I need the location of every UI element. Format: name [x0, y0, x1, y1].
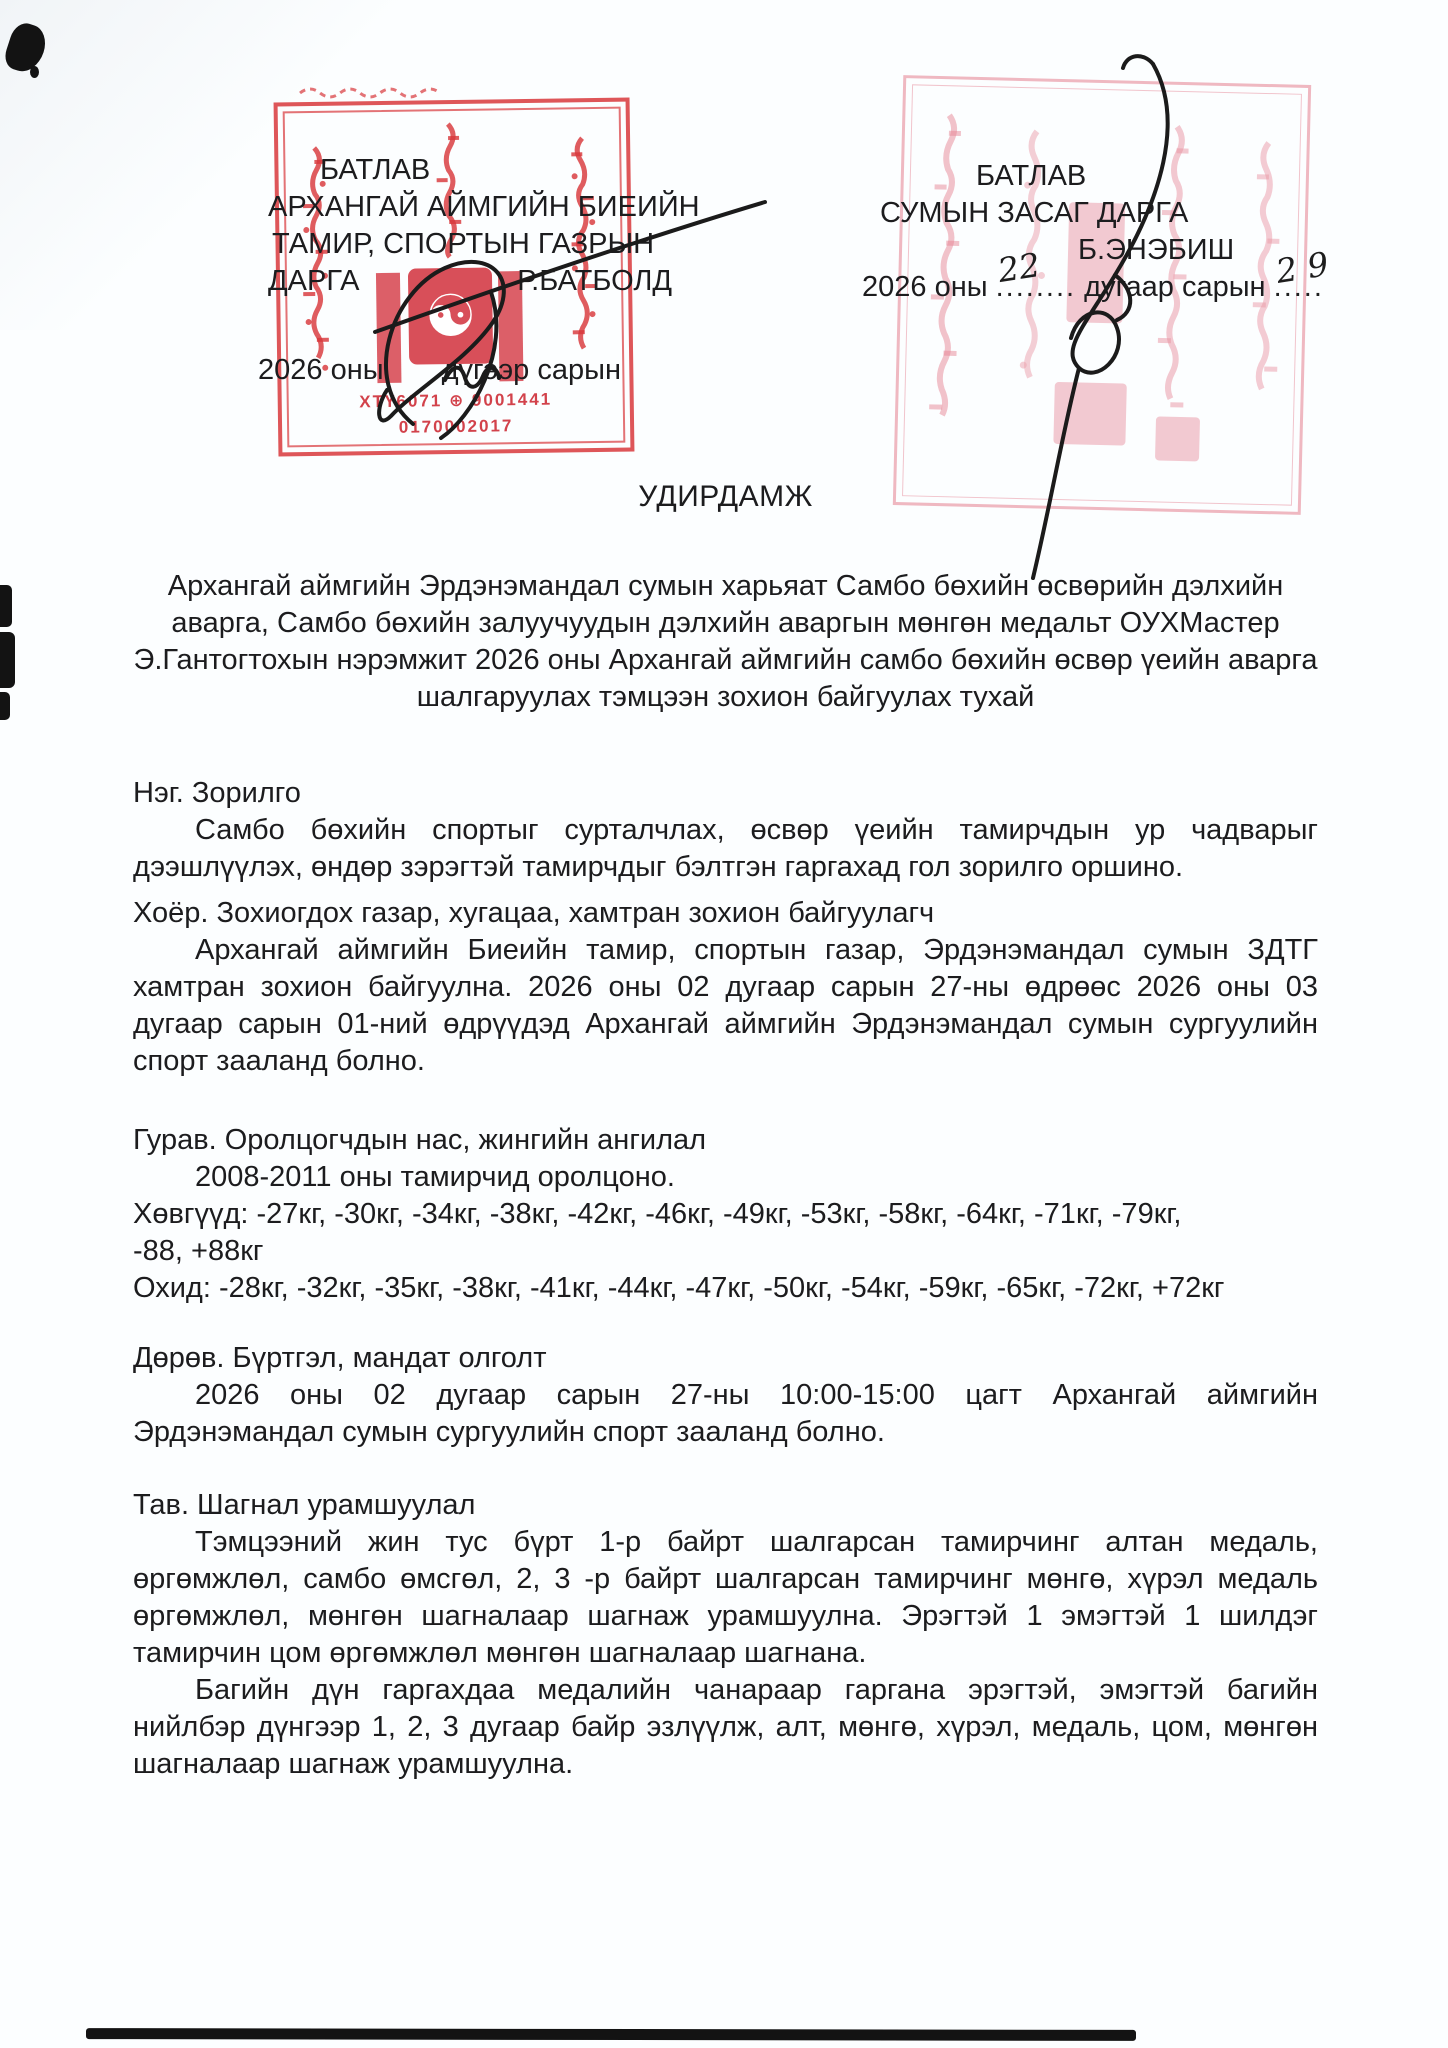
section-venue: Хоёр. Зохиогдох газар, хугацаа, хамтран … — [133, 895, 1318, 1080]
weight-line-boys: Хөвгүүд: -27кг, -30кг, -34кг, -38кг, -42… — [133, 1196, 1318, 1233]
scan-artifact-edge — [0, 692, 10, 720]
section-paragraph: Тэмцээний жин тус бүрт 1-р байрт шалгарс… — [133, 1524, 1318, 1672]
scan-artifact-blob — [1, 20, 50, 77]
section-heading: Нэг. Зорилго — [133, 775, 1318, 812]
approval-org-line: ТАМИР, СПОРТЫН ГАЗРЫН — [272, 226, 728, 263]
scan-artifact-bottom-bar — [86, 2028, 1136, 2041]
section-paragraph: Самбо бөхийн спортыг сурталчлах, өсвөр ү… — [133, 812, 1318, 886]
age-line: 2008-2011 оны тамирчид оролцоно. — [133, 1159, 1318, 1196]
approval-label: БАТЛАВ — [320, 152, 728, 189]
approval-block-left: БАТЛАВ АРХАНГАЙ АЙМГИЙН БИЕИЙН ТАМИР, СП… — [258, 152, 728, 389]
section-heading: Гурав. Оролцогчдын нас, жингийн ангилал — [133, 1122, 1318, 1159]
approval-org-line: АРХАНГАЙ АЙМГИЙН БИЕИЙН — [268, 189, 728, 226]
intro-paragraph: Архангай аймгийн Эрдэнэмандал сумын харь… — [133, 568, 1318, 716]
section-registration: Дөрөв. Бүртгэл, мандат олголт 2026 оны 0… — [133, 1340, 1318, 1451]
scanned-document-page: ☯ ХТҮ6071 ⊕ 9001441 0170002017 БАТЛАВ АР… — [0, 0, 1448, 2048]
section-goal: Нэг. Зорилго Самбо бөхийн спортыг суртал… — [133, 775, 1318, 886]
stamp-block — [1053, 382, 1126, 446]
stamp-id-number: 0170002017 — [282, 412, 630, 443]
section-paragraph: Багийн дүн гаргахдаа медалийн чанараар г… — [133, 1672, 1318, 1783]
handwritten-day: 2 9 — [1273, 245, 1331, 290]
approval-date-line: 2026 оны ........22 дугаар сарын .....2 … — [862, 269, 1328, 306]
scan-artifact-edge — [0, 632, 15, 688]
section-heading: Дөрөв. Бүртгэл, мандат олголт — [133, 1340, 1318, 1377]
approval-org-line: СУМЫН ЗАСАГ ДАРГА — [880, 195, 1328, 232]
scan-artifact-dot — [30, 66, 39, 78]
approval-date-line: 2026 оныдүгээр сарын — [258, 352, 728, 389]
signer-name: Р.БАТБОЛД — [517, 263, 672, 300]
approval-block-right: БАТЛАВ СУМЫН ЗАСАГ ДАРГА Б.ЭНЭБИШ 2026 о… — [858, 158, 1328, 306]
scan-artifact-edge — [0, 585, 12, 627]
section-paragraph: Архангай аймгийн Биеийн тамир, спортын г… — [133, 932, 1318, 1080]
handwritten-month: 22 — [995, 246, 1042, 289]
approval-signer-line: ДАРГА Р.БАТБОЛД — [268, 263, 672, 300]
section-awards: Тав. Шагнал урамшуулал Тэмцээний жин тус… — [133, 1487, 1318, 1783]
signer-role: ДАРГА — [268, 263, 359, 300]
section-paragraph: 2026 оны 02 дугаар сарын 27-ны 10:00-15:… — [133, 1377, 1318, 1451]
section-heading: Тав. Шагнал урамшуулал — [133, 1487, 1318, 1524]
weight-line-boys-cont: -88, +88кг — [133, 1233, 1318, 1270]
weight-line-girls: Охид: -28кг, -32кг, -35кг, -38кг, -41кг,… — [133, 1270, 1318, 1307]
section-categories: Гурав. Оролцогчдын нас, жингийн ангилал … — [133, 1122, 1318, 1307]
section-heading: Хоёр. Зохиогдох газар, хугацаа, хамтран … — [133, 895, 1318, 932]
stamp-top-script-mark — [296, 84, 466, 100]
approval-label: БАТЛАВ — [976, 158, 1328, 195]
stamp-block — [1155, 416, 1200, 461]
